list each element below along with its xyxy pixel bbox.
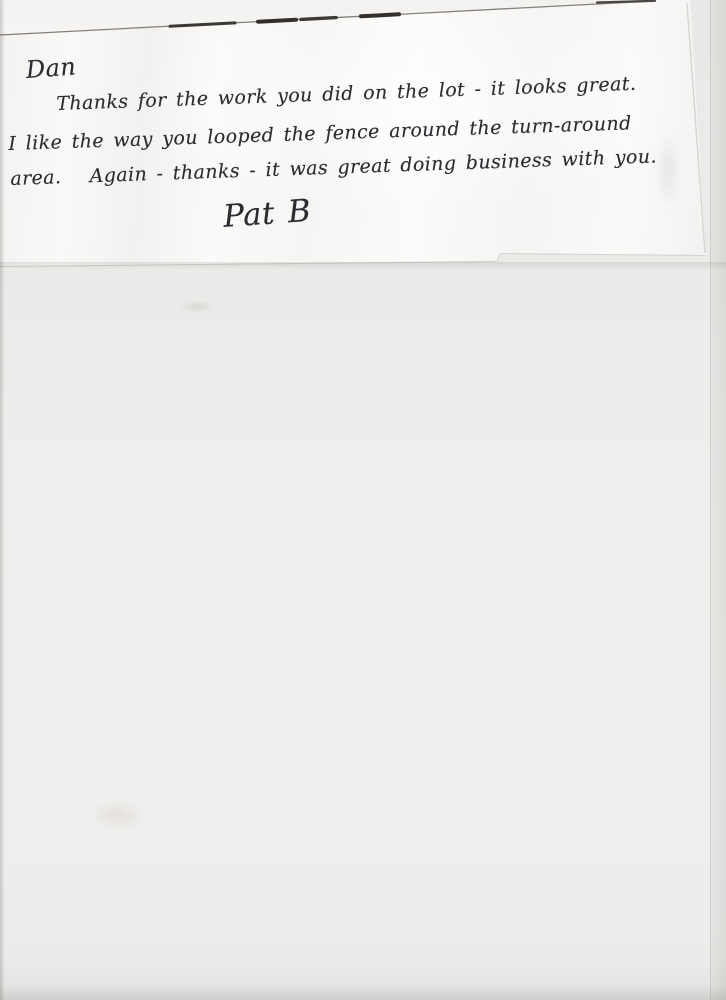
scan-smudge <box>180 302 214 311</box>
scan-left-edge-shadow <box>0 0 5 1000</box>
scan-smudge <box>92 800 144 830</box>
scan-page: Dan Thanks for the work you did on the l… <box>0 0 726 1000</box>
scan-right-edge-strip <box>710 0 726 1000</box>
note-salutation: Dan <box>25 52 77 83</box>
note-contact-shadow <box>0 262 726 270</box>
scan-smudge <box>655 130 681 210</box>
note-signature: Pat B <box>222 193 312 235</box>
scan-bottom-edge-shadow <box>0 986 726 1000</box>
